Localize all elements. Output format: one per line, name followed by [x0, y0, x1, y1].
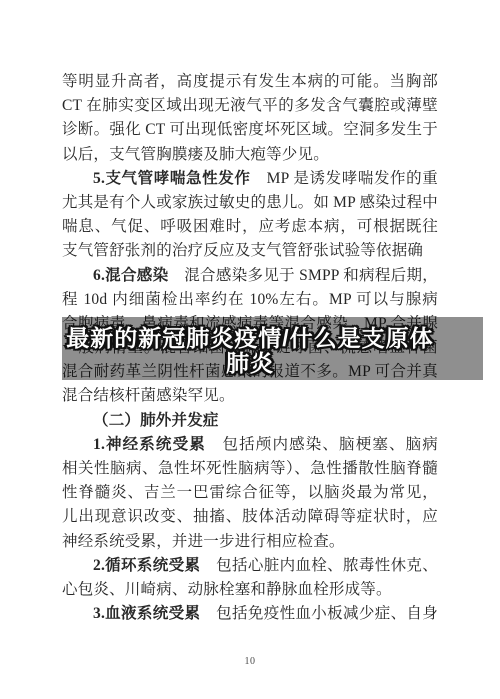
overlay-title-line1: 最新的新冠肺炎疫情/什么是支原体: [0, 326, 500, 351]
text-segment-bold: （二）肺外并发症: [93, 412, 219, 429]
text-line: 1.神经系统受累 包括颅内感染、脑梗塞、脑病（如脓毒症: [62, 433, 438, 457]
text-line: 支气管舒张剂的治疗反应及支气管舒张试验等依据确诊。: [62, 239, 438, 263]
text-line: 诊断。强化 CT 可出现低密度坏死区域。空洞多发生于病程 2 周: [62, 118, 438, 142]
overlay-title-line2: 肺炎: [0, 351, 500, 376]
text-line: 2.循环系统受累 包括心脏内血栓、脓毒性休克、心肌炎、: [62, 554, 438, 578]
text-line: 以后，支气管胸膜瘘及肺大疱等少见。: [62, 143, 438, 167]
text-line: 混合结核杆菌感染罕见。: [62, 384, 438, 408]
text-segment: 相关性脑病、急性坏死性脑病等）、急性播散性脑脊髓炎、横贯: [62, 460, 438, 481]
text-line: 6.混合感染 混合感染多见于 SMPP 和病程后期，有报道病: [62, 264, 438, 288]
text-line: 尤其是有个人或家族过敏史的患儿。如 MP 感染过程中出现明显: [62, 191, 438, 215]
text-line: 等明显升高者，高度提示有发生本病的可能。当胸部 X 线或肺: [62, 70, 438, 94]
text-line: 程 10d 内细菌检出率约在 10%左右。MP 可以与腺病毒、呼吸道: [62, 288, 438, 312]
text-segment: 以后，支气管胸膜瘘及肺大疱等少见。: [62, 146, 329, 163]
page-number: 10: [0, 656, 500, 667]
text-line: 3.血液系统受累 包括免疫性血小板减少症、自身免疫性溶: [62, 602, 438, 626]
text-segment: 程 10d 内细菌检出率约在 10%左右。MP 可以与腺病毒、呼吸道: [62, 291, 438, 312]
text-segment-bold: 5.支气管哮喘急性发作: [93, 170, 251, 187]
document-page: 等明显升高者，高度提示有发生本病的可能。当胸部 X 线或肺CT 在肺实变区域出现…: [0, 0, 500, 699]
text-line: 神经系统受累，并进一步进行相应检查。: [62, 530, 438, 554]
text-segment: 支气管舒张剂的治疗反应及支气管舒张试验等依据确诊。: [62, 242, 423, 263]
text-segment-bold: 3.血液系统受累: [93, 605, 200, 622]
text-segment-bold: 2.循环系统受累: [93, 557, 200, 574]
text-segment: 尤其是有个人或家族过敏史的患儿。如 MP 感染过程中出现明显: [62, 194, 438, 215]
text-line: 相关性脑病、急性坏死性脑病等）、急性播散性脑脊髓炎、横贯: [62, 457, 438, 481]
text-segment: 混合结核杆菌感染罕见。: [62, 387, 235, 404]
overlay-title: 最新的新冠肺炎疫情/什么是支原体 肺炎: [0, 326, 500, 376]
text-line: 喘息、气促、呼吸困难时，应考虑本病，可根据既往病史、对: [62, 215, 438, 239]
text-segment: 等明显升高者，高度提示有发生本病的可能。当胸部 X 线或肺: [62, 73, 438, 94]
text-line: 心包炎、川崎病、动脉栓塞和静脉血栓形成等。: [62, 578, 438, 602]
text-segment-bold: 6.混合感染: [93, 267, 168, 284]
text-line: 5.支气管哮喘急性发作 MP 是诱发哮喘发作的重要原因，: [62, 167, 438, 191]
text-segment-bold: 1.神经系统受累: [93, 436, 206, 453]
text-segment: 心包炎、川崎病、动脉栓塞和静脉血栓形成等。: [62, 581, 392, 598]
text-segment: 神经系统受累，并进一步进行相应检查。: [62, 533, 345, 550]
text-segment: 喘息、气促、呼吸困难时，应考虑本病，可根据既往病史、对: [62, 218, 438, 239]
text-segment: 性脊髓炎、吉兰一巴雷综合征等，以脑炎最为常见，当 MPP 患: [62, 484, 438, 505]
text-line: CT 在肺实变区域出现无液气平的多发含气囊腔或薄壁空洞时可: [62, 94, 438, 118]
text-line: （二）肺外并发症: [62, 409, 438, 433]
text-segment: 儿出现意识改变、抽搐、肢体活动障碍等症状时，应考虑合并: [62, 508, 438, 529]
text-line: 性脊髓炎、吉兰一巴雷综合征等，以脑炎最为常见，当 MPP 患: [62, 481, 438, 505]
text-line: 儿出现意识改变、抽搐、肢体活动障碍等症状时，应考虑合并: [62, 505, 438, 529]
text-segment: CT 在肺实变区域出现无液气平的多发含气囊腔或薄壁空洞时可: [62, 97, 438, 118]
text-segment: 诊断。强化 CT 可出现低密度坏死区域。空洞多发生于病程 2 周: [62, 121, 438, 142]
